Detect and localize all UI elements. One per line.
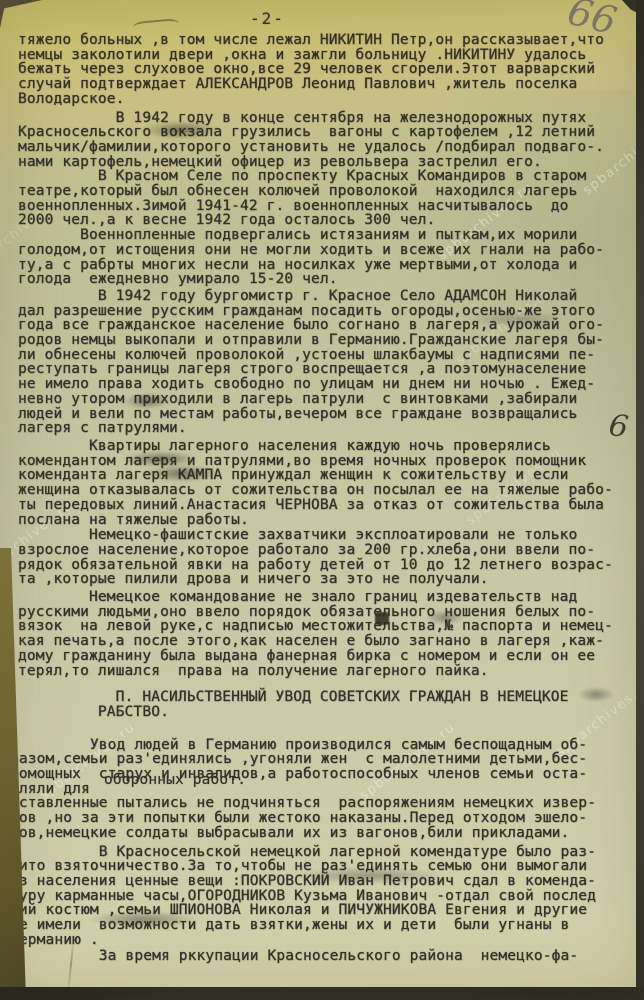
scan-vignette (0, 0, 644, 1000)
scanned-document-page: spbarchives.ru spbarchives.ru spbarchive… (0, 0, 644, 1000)
